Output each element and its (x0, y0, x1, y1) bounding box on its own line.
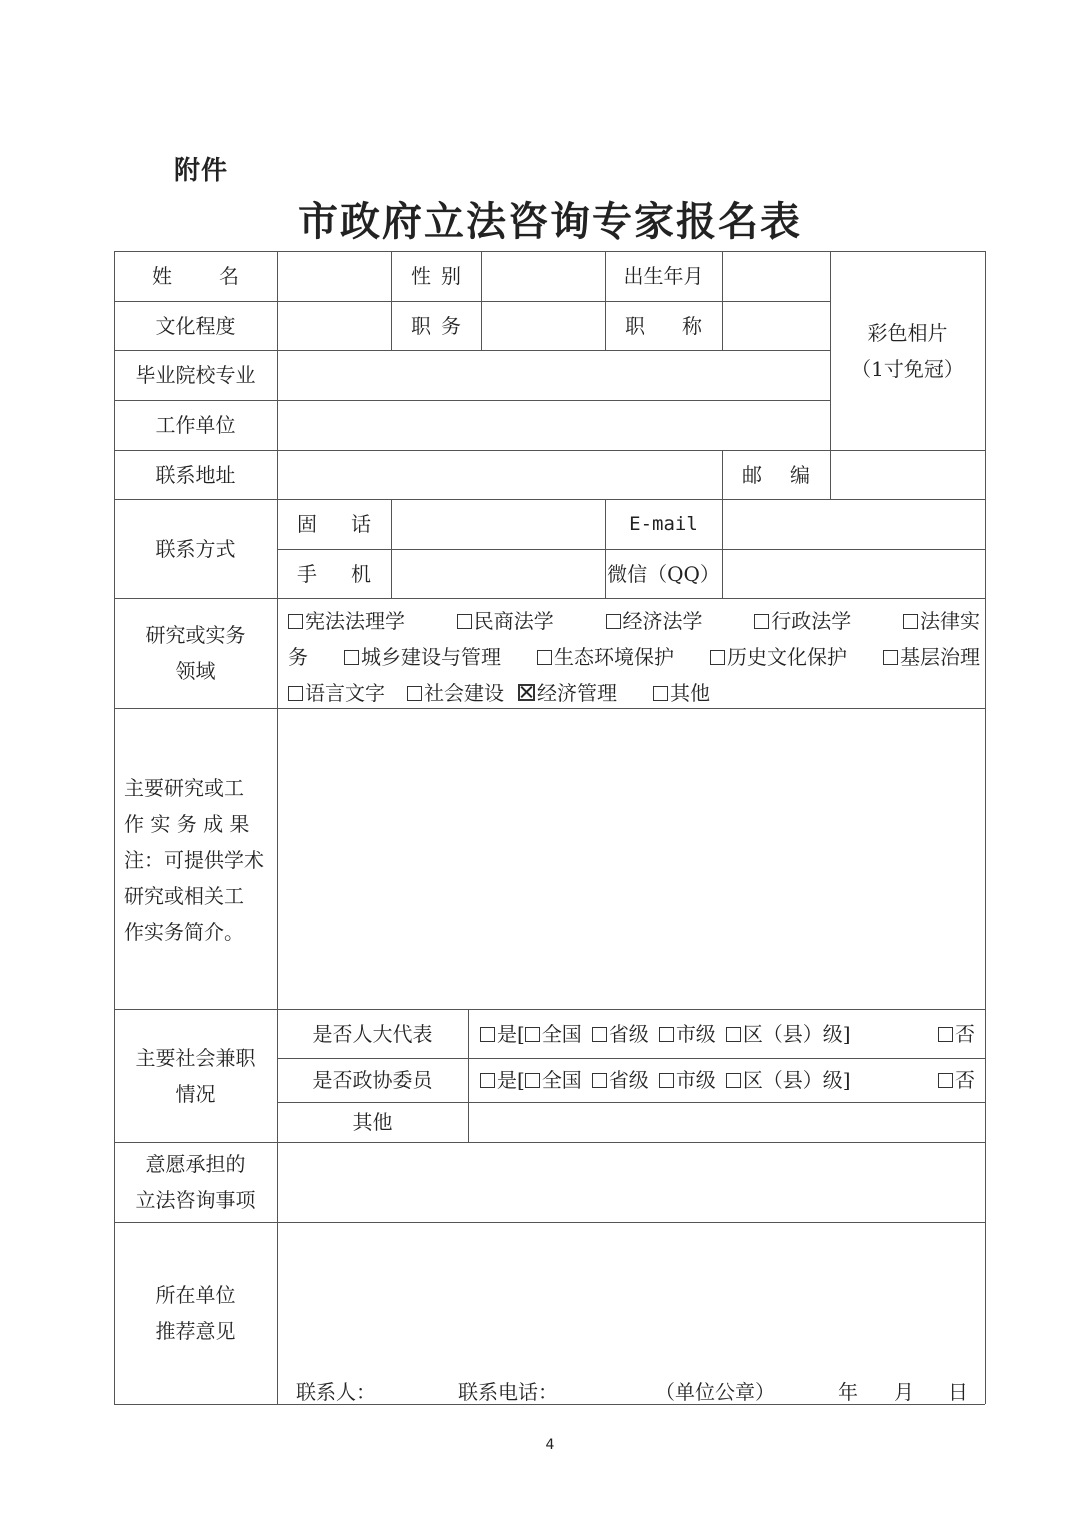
cppcc-municipal[interactable]: 市级 (659, 1062, 716, 1098)
contact-person-label: 联系人： (296, 1376, 376, 1405)
gender-field[interactable] (481, 251, 605, 301)
checkbox-icon[interactable] (288, 686, 303, 701)
option-economic-management[interactable]: 经济管理 (518, 675, 617, 711)
checkbox-icon[interactable] (457, 614, 472, 629)
checkbox-icon[interactable] (659, 1073, 674, 1088)
checkbox-icon[interactable] (903, 614, 918, 629)
birth-field[interactable] (722, 251, 830, 301)
unit-seal-label: （单位公章） (655, 1376, 775, 1405)
name-field[interactable] (277, 251, 391, 301)
npc-no[interactable]: 否 (938, 1016, 975, 1052)
checkbox-icon[interactable] (480, 1073, 495, 1088)
checkbox-icon[interactable] (710, 650, 725, 665)
npc-provincial[interactable]: 省级 (592, 1016, 649, 1052)
checkbox-icon[interactable] (726, 1073, 741, 1088)
option-legal-practice[interactable]: 法律实 (903, 603, 980, 639)
attachment-label: 附件 (174, 150, 228, 187)
education-label: 文化程度 (114, 301, 277, 350)
checkbox-icon[interactable] (659, 1027, 674, 1042)
research-results-label: 主要研究或工 作 实 务 成 果 注：可提供学术 研究或相关工 作实务简介。 (124, 770, 269, 950)
employer-field[interactable] (277, 400, 830, 450)
social-positions-label: 主要社会兼职 情况 (114, 1009, 277, 1142)
day-label: 日 (948, 1376, 968, 1405)
recommendation-field[interactable] (277, 1222, 985, 1362)
checkbox-icon[interactable] (938, 1027, 953, 1042)
option-economic-law[interactable]: 经济法学 (606, 603, 703, 639)
npc-yes[interactable]: 是[ (480, 1016, 525, 1052)
position-field[interactable] (481, 301, 605, 350)
education-field[interactable] (277, 301, 391, 350)
npc-options: 是[ 全国 省级 市级 区（县）级] 否 (468, 1009, 985, 1058)
wechat-label: 微信（QQ） (605, 549, 722, 598)
birth-label: 出生年月 (605, 251, 722, 301)
checkbox-icon[interactable] (480, 1027, 495, 1042)
npc-label: 是否人大代表 (277, 1009, 468, 1058)
npc-municipal[interactable]: 市级 (659, 1016, 716, 1052)
research-field-options: 宪法法理学 民商法学 经济法学 行政法学 法律实 务 城乡建设与管理 生态环境保… (288, 603, 980, 711)
checkbox-icon[interactable] (525, 1073, 540, 1088)
other-position-field[interactable] (468, 1102, 985, 1142)
cppcc-provincial[interactable]: 省级 (592, 1062, 649, 1098)
checkbox-icon[interactable] (288, 614, 303, 629)
option-administrative-law[interactable]: 行政法学 (754, 603, 851, 639)
option-social-construction[interactable]: 社会建设 (407, 675, 504, 711)
page-number: 4 (0, 1437, 1080, 1453)
cppcc-label: 是否政协委员 (277, 1058, 468, 1102)
checkbox-icon[interactable] (726, 1027, 741, 1042)
willing-topics-label: 意愿承担的 立法咨询事项 (114, 1142, 277, 1222)
employer-label: 工作单位 (114, 400, 277, 450)
checkbox-icon[interactable] (592, 1027, 607, 1042)
job-title-label: 职称 (605, 301, 722, 350)
year-label: 年 (838, 1376, 858, 1405)
option-grassroots-governance[interactable]: 基层治理 (883, 639, 980, 675)
name-label: 姓名 (114, 251, 277, 301)
page-title: 市政府立法咨询专家报名表 (0, 190, 1080, 247)
checkbox-icon[interactable] (653, 686, 668, 701)
job-title-field[interactable] (722, 301, 830, 350)
checkbox-icon[interactable] (606, 614, 621, 629)
checkbox-icon[interactable] (537, 650, 552, 665)
other-position-label: 其他 (277, 1102, 468, 1142)
checkbox-icon[interactable] (938, 1073, 953, 1088)
checkbox-icon[interactable] (344, 650, 359, 665)
option-ecological-protection[interactable]: 生态环境保护 (537, 639, 674, 675)
cppcc-yes[interactable]: 是[ (480, 1062, 525, 1098)
option-civil-commercial-law[interactable]: 民商法学 (457, 603, 554, 639)
school-label: 毕业院校专业 (114, 350, 277, 400)
option-legal-practice-cont: 务 (288, 639, 308, 675)
photo-placeholder[interactable]: 彩色相片 （1寸免冠） (830, 251, 985, 450)
mobile-label: 手机 (277, 549, 391, 598)
email-label: E-mail (605, 499, 722, 549)
option-historical-cultural-protection[interactable]: 历史文化保护 (710, 639, 847, 675)
contact-phone-label: 联系电话： (458, 1376, 558, 1405)
cppcc-national[interactable]: 全国 (525, 1062, 582, 1098)
landline-label: 固话 (277, 499, 391, 549)
mobile-field[interactable] (391, 549, 605, 598)
email-field[interactable] (722, 499, 985, 549)
option-other[interactable]: 其他 (653, 675, 710, 711)
option-urban-rural-construction[interactable]: 城乡建设与管理 (344, 639, 501, 675)
table-border (985, 251, 986, 1404)
npc-national[interactable]: 全国 (525, 1016, 582, 1052)
willing-topics-field[interactable] (277, 1142, 985, 1222)
checkbox-icon[interactable] (592, 1073, 607, 1088)
option-constitutional-law[interactable]: 宪法法理学 (288, 603, 405, 639)
checkbox-icon[interactable] (883, 650, 898, 665)
checkbox-icon[interactable] (407, 686, 422, 701)
address-field[interactable] (277, 450, 722, 499)
photo-size-note: （1寸免冠） (851, 351, 964, 387)
landline-field[interactable] (391, 499, 605, 549)
contact-label: 联系方式 (114, 499, 277, 598)
checkbox-icon[interactable] (754, 614, 769, 629)
option-language[interactable]: 语言文字 (288, 675, 385, 711)
photo-label: 彩色相片 (868, 315, 948, 351)
address-label: 联系地址 (114, 450, 277, 499)
cppcc-district[interactable]: 区（县）级] (726, 1062, 851, 1098)
school-field[interactable] (277, 350, 830, 400)
research-field-label: 研究或实务 领域 (114, 598, 277, 708)
gender-label: 性别 (391, 251, 481, 301)
research-results-field[interactable] (277, 708, 985, 1009)
month-label: 月 (894, 1376, 914, 1405)
wechat-field[interactable] (722, 549, 985, 598)
npc-district[interactable]: 区（县）级] (726, 1016, 851, 1052)
checkbox-icon[interactable] (525, 1027, 540, 1042)
cppcc-no[interactable]: 否 (938, 1062, 975, 1098)
postcode-label: 邮编 (722, 450, 830, 499)
cppcc-options: 是[ 全国 省级 市级 区（县）级] 否 (468, 1058, 985, 1102)
position-label: 职务 (391, 301, 481, 350)
recommendation-label: 所在单位 推荐意见 (114, 1222, 277, 1404)
checked-checkbox-icon[interactable] (518, 684, 535, 701)
postcode-field[interactable] (830, 450, 985, 499)
